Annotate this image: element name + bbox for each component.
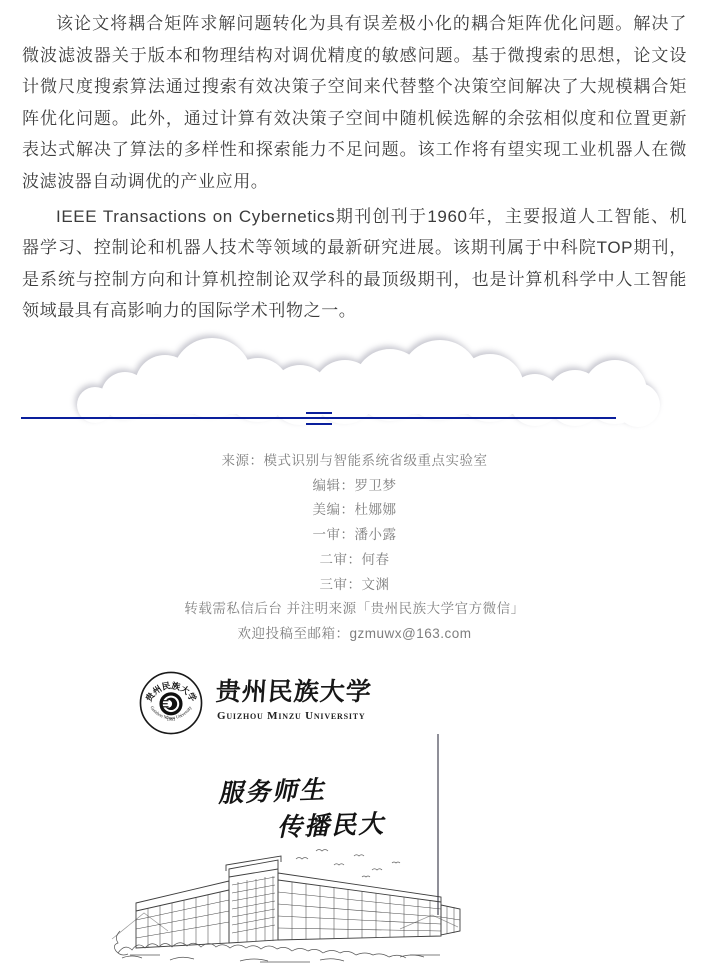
- university-logo-image[interactable]: 贵州民族大学 Guizhou Minzu University 1951 贵州民…: [138, 664, 398, 748]
- article-body: 该论文将耦合矩阵求解问题转化为具有误差极小化的耦合矩阵优化问题。解决了微波滤波器…: [22, 8, 687, 327]
- seal-year-text: 1951: [167, 718, 175, 722]
- cloud-divider-image: [65, 330, 665, 416]
- submission-email: 欢迎投稿至邮箱：gzmuwx@163.com: [0, 622, 709, 647]
- credit-second-review-line: 二审：何春: [0, 548, 709, 573]
- credit-art-editor-line: 美编：杜娜娜: [0, 498, 709, 523]
- birds-icon: [296, 850, 400, 878]
- credit-editor-line: 编辑：罗卫梦: [0, 474, 709, 499]
- divider-dash-bottom: [306, 423, 332, 425]
- credits-block: 来源：模式识别与智能系统省级重点实验室 编辑：罗卫梦 美编：杜娜娜 一审：潘小露…: [0, 449, 709, 647]
- university-name-zh: 贵州民族大学: [215, 672, 374, 708]
- building-sketch-image[interactable]: [110, 843, 462, 965]
- cloud-base: [80, 390, 650, 414]
- hills-sketch: [112, 913, 458, 939]
- divider-line: [21, 417, 616, 419]
- credit-first-review-line: 一审：潘小露: [0, 523, 709, 548]
- university-name-en: Guizhou Minzu University: [217, 710, 366, 722]
- divider-dash-top: [306, 412, 332, 414]
- paragraph-journal-intro: IEEE Transactions on Cybernetics期刊创刊于196…: [22, 201, 687, 327]
- paragraph-research-summary: 该论文将耦合矩阵求解问题转化为具有误差极小化的耦合矩阵优化问题。解决了微波滤波器…: [22, 8, 687, 198]
- building-outline: [136, 856, 460, 948]
- credit-source-line: 来源：模式识别与智能系统省级重点实验室: [0, 449, 709, 474]
- university-seal-icon: 贵州民族大学 Guizhou Minzu University 1951: [138, 670, 204, 736]
- reprint-notice: 转载需私信后台 并注明来源「贵州民族大学官方微信」: [0, 597, 709, 622]
- slogan-line-2: 传播民大: [276, 804, 385, 844]
- credit-third-review-line: 三审：文渊: [0, 573, 709, 598]
- slogan-line-1: 服务师生: [217, 770, 326, 810]
- article-page: 该论文将耦合矩阵求解问题转化为具有误差极小化的耦合矩阵优化问题。解决了微波滤波器…: [0, 0, 709, 965]
